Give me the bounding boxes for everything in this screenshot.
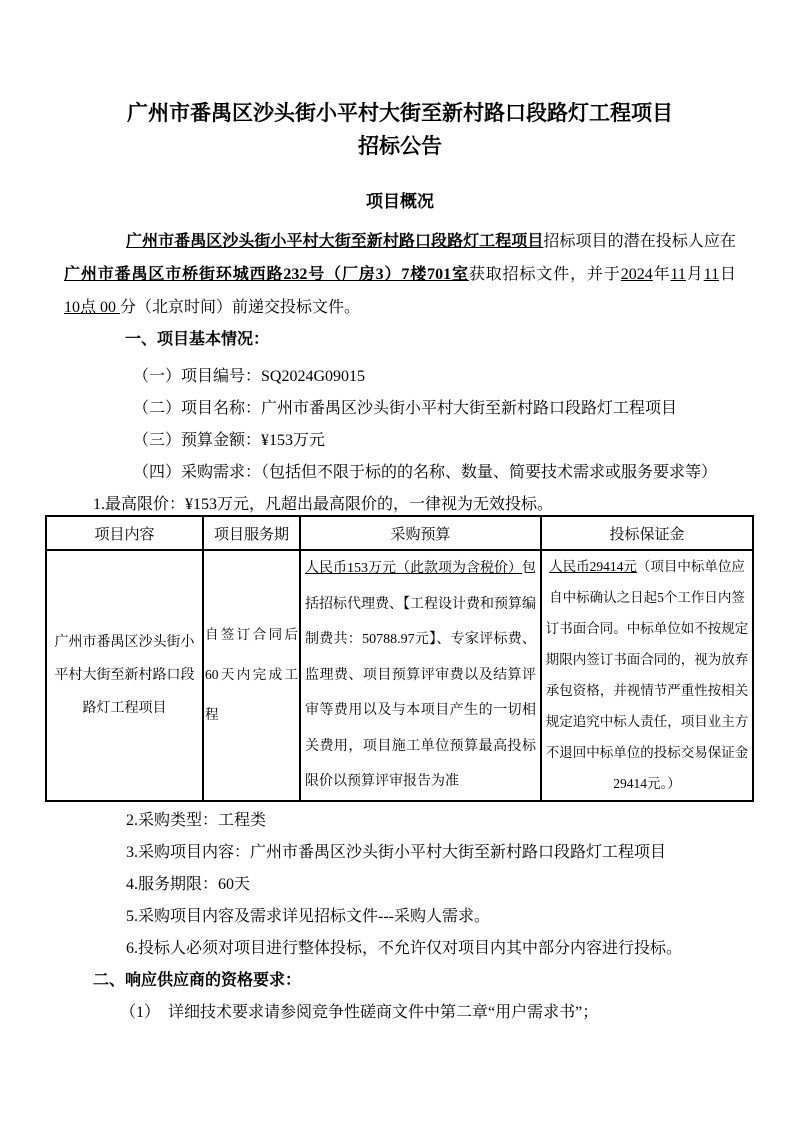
item-project-name: （二）项目名称：广州市番禺区沙头街小平村大街至新村路口段路灯工程项目 (133, 393, 736, 425)
cell-bid-deposit: 人民币29414元（项目中标单位应自中标确认之日起5个工作日内签订书面合同。中标… (541, 550, 753, 801)
overview-heading: 项目概况 (64, 191, 736, 212)
item-service-term: 4.服务期限：60天 (126, 869, 736, 901)
intro-year-label: 年 (653, 266, 671, 283)
deposit-underlined-text: 人民币29414元 (549, 559, 637, 574)
intro-day-label: 日 (719, 266, 736, 283)
cell-project-content: 广州市番禺区沙头街小平村大街至新村路口段路灯工程项目 (46, 550, 203, 801)
intro-day-blank: 11 (704, 266, 719, 283)
item-procurement-type: 2.采购类型：工程类 (126, 805, 736, 837)
intro-tail-text: 分（北京时间）前递交投标文件。 (120, 299, 360, 316)
cell-procurement-budget: 人民币153万元（此款项为含税价）包括招标代理费、【工程设计费和预算编制费共：5… (300, 550, 541, 801)
table-header-row: 项目内容 项目服务期 采购预算 投标保证金 (46, 516, 753, 550)
table-row: 广州市番禺区沙头街小平村大街至新村路口段路灯工程项目 自签订合同后60天内完成工… (46, 550, 753, 801)
item-procurement-content: 3.采购项目内容：广州市番禺区沙头街小平村大街至新村路口段路灯工程项目 (126, 837, 736, 869)
item-qualification-1: （1） 详细技术要求请参阅竞争性磋商文件中第二章“用户需求书”； (120, 997, 736, 1029)
header-service-period: 项目服务期 (203, 516, 300, 550)
intro-month-label: 月 (686, 266, 704, 283)
intro-project-name: 广州市番禺区沙头街小平村大街至新村路口段路灯工程项目 (126, 233, 543, 250)
document-title-line2: 招标公告 (64, 130, 736, 163)
header-project-content: 项目内容 (46, 516, 203, 550)
intro-address: 广州市番禺区市桥街环城西路232号（厂房3）7楼701室 (64, 266, 469, 283)
item-demand-reference: 5.采购项目内容及需求详见招标文件---采购人需求。 (126, 901, 736, 933)
header-bid-deposit: 投标保证金 (541, 516, 753, 550)
item-project-number: （一）项目编号：SQ2024G09015 (133, 361, 736, 393)
item-budget-amount: （三）预算金额：¥153万元 (133, 425, 736, 457)
header-procurement-budget: 采购预算 (300, 516, 541, 550)
intro-text-after-address: 获取招标文件，并于 (469, 266, 621, 283)
intro-hour-blank: 10点 (64, 299, 96, 316)
cell-service-period: 自签订合同后60天内完成工程 (203, 550, 300, 801)
intro-paragraph: 广州市番禺区沙头街小平村大街至新村路口段路灯工程项目招标项目的潜在投标人应在广州… (64, 225, 736, 324)
document-title-line1: 广州市番禺区沙头街小平村大街至新村路口段路灯工程项目 (64, 97, 736, 130)
budget-rest-text: 包括招标代理费、【工程设计费和预算编制费共：50788.97元】、专家评标费、监… (305, 561, 536, 789)
intro-minute-blank: 00 (96, 299, 120, 316)
tender-announcement-page: 广州市番禺区沙头街小平村大街至新村路口段路灯工程项目 招标公告 项目概况 广州市… (0, 0, 793, 1122)
project-info-table: 项目内容 项目服务期 采购预算 投标保证金 广州市番禺区沙头街小平村大街至新村路… (45, 515, 754, 802)
section1-heading: 一、项目基本情况： (125, 324, 736, 356)
section2-heading: 二、响应供应商的资格要求： (93, 965, 736, 997)
item-procurement-demand: （四）采购需求：（包括但不限于标的的名称、数量、简要技术需求或服务要求等） (133, 457, 736, 489)
budget-underlined-text: 人民币153万元（此款项为含税价） (305, 561, 522, 576)
document-title: 广州市番禺区沙头街小平村大街至新村路口段路灯工程项目 招标公告 (64, 97, 736, 163)
intro-year-blank: 2024 (621, 266, 653, 283)
item-whole-bid-rule: 6.投标人必须对项目进行整体投标，不允许仅对项目内其中部分内容进行投标。 (126, 933, 736, 965)
intro-month-blank: 11 (671, 266, 686, 283)
intro-text-after-name: 招标项目的潜在投标人应在 (543, 233, 736, 250)
deposit-rest-text: （项目中标单位应自中标确认之日起5个工作日内签订书面合同。中标单位如不按规定期限… (546, 559, 749, 791)
